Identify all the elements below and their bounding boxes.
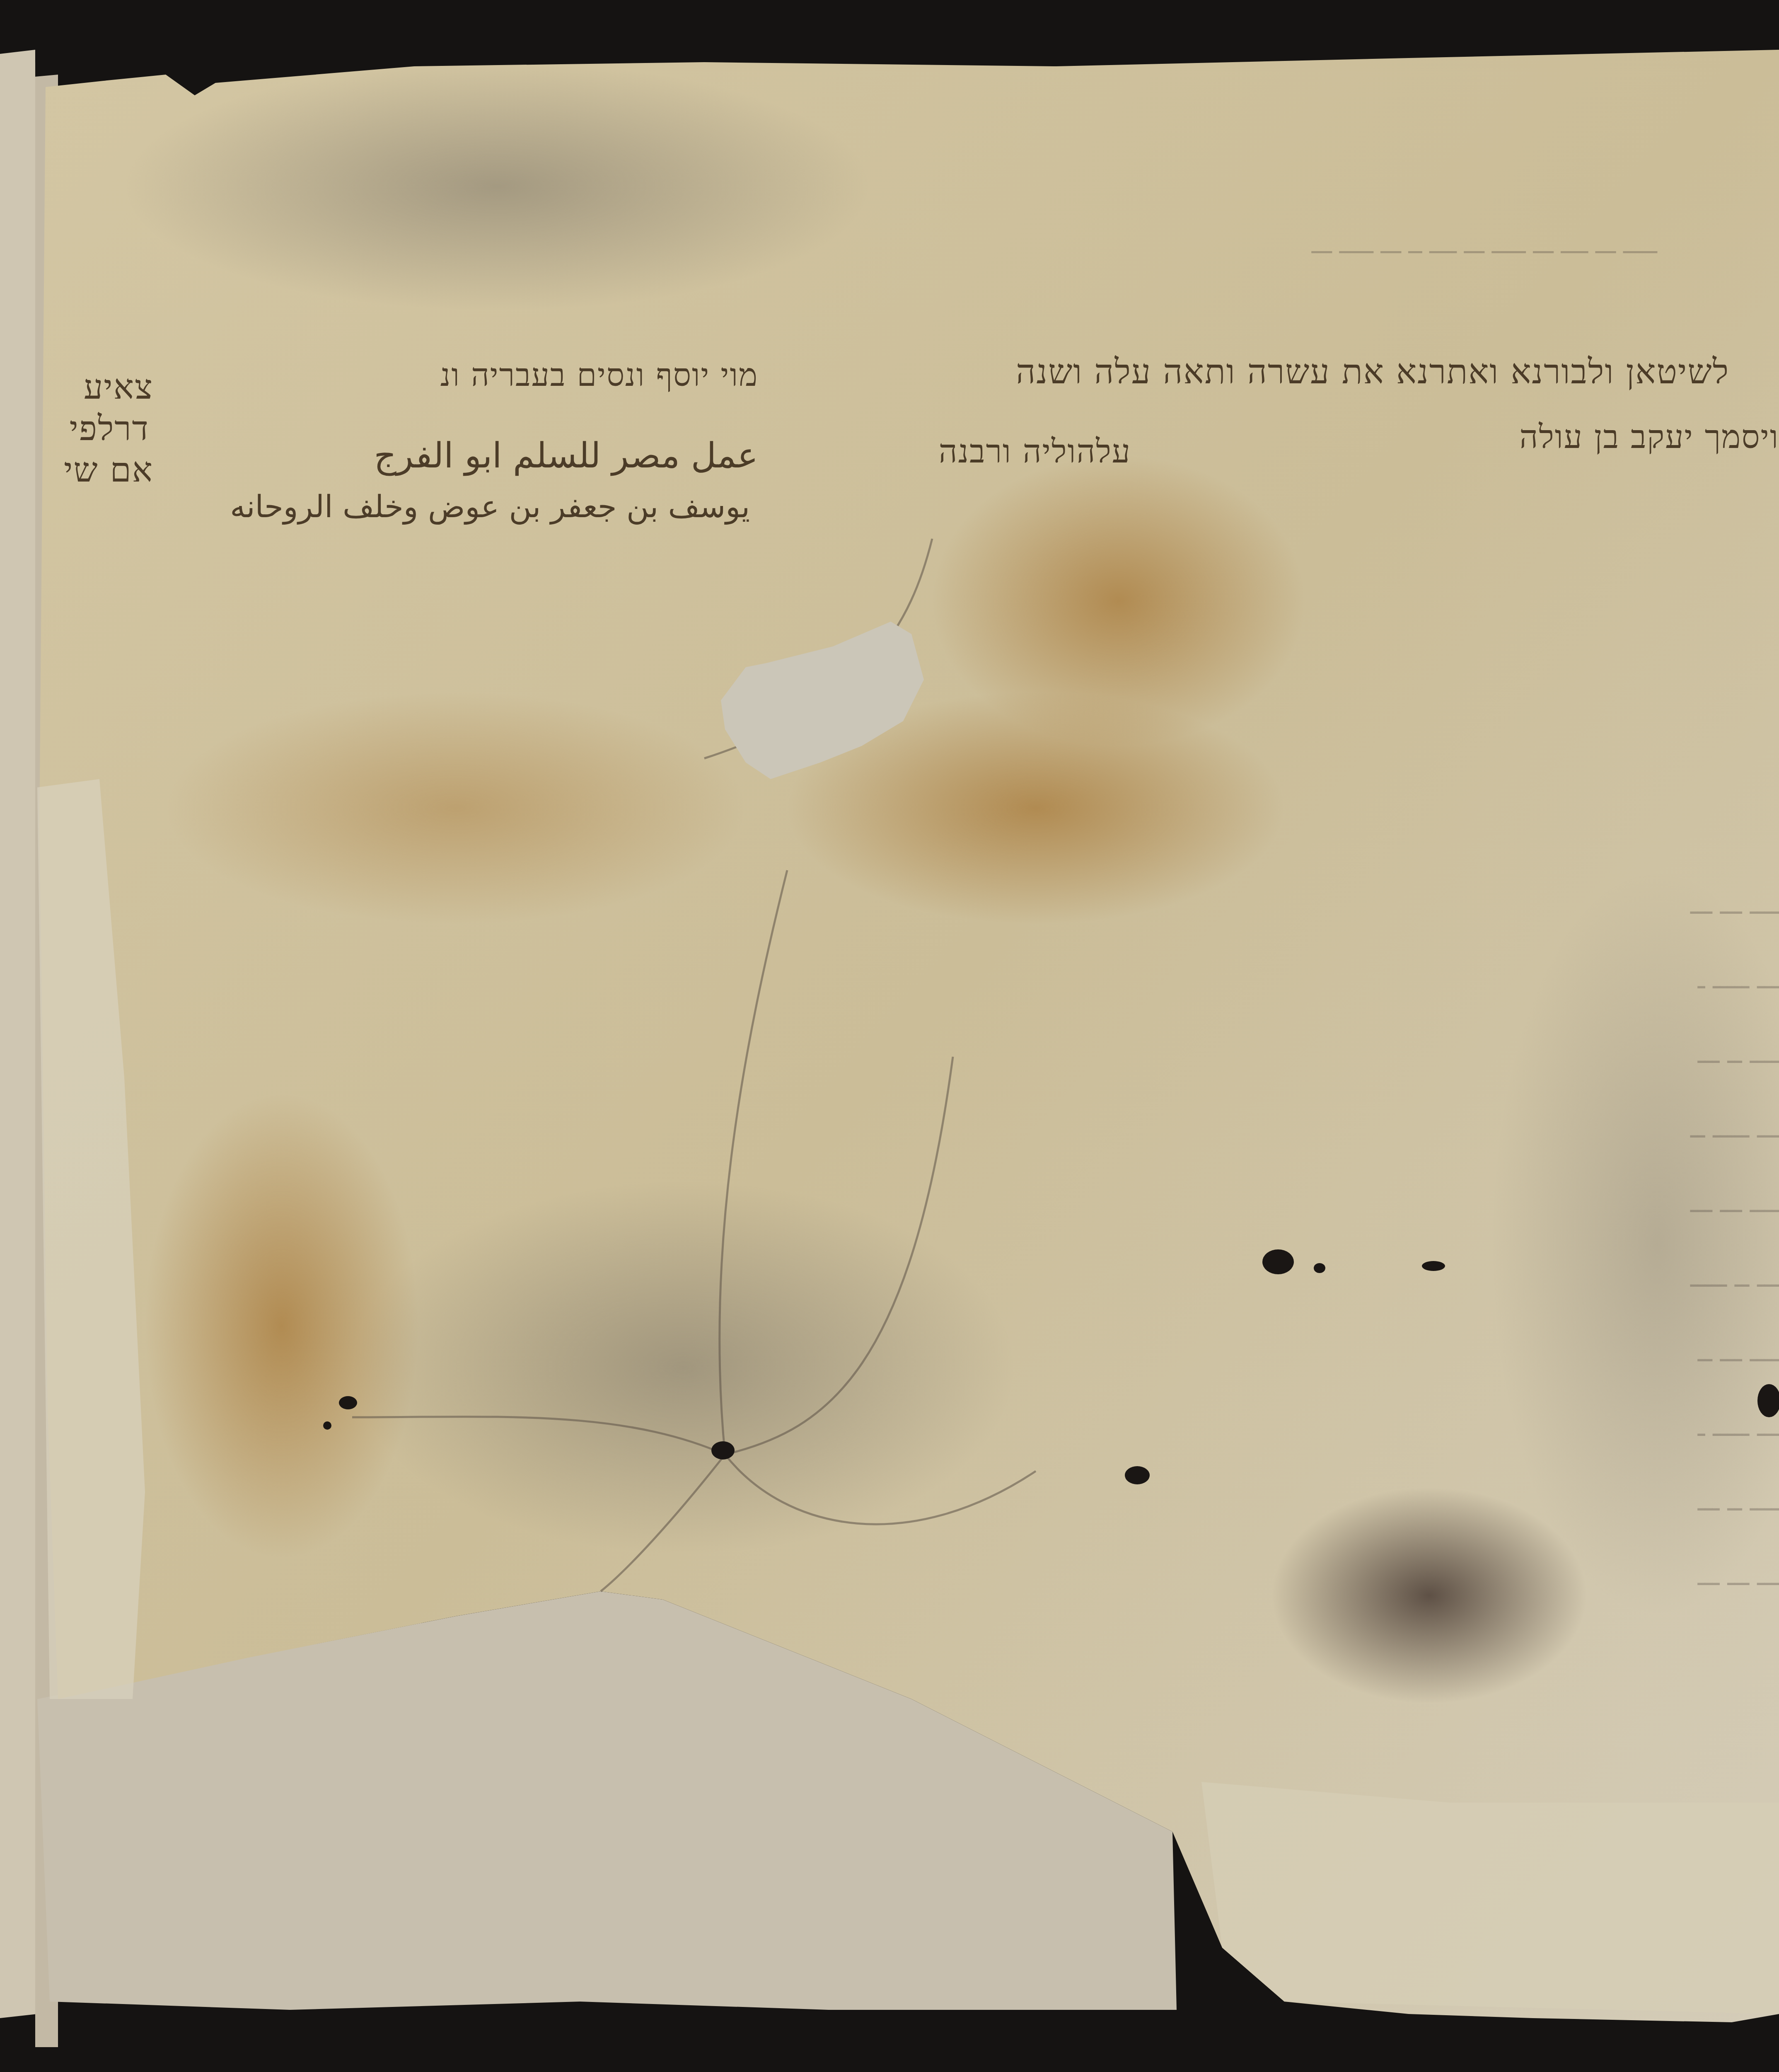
right-block-line-1: לשיטאן ולבורנא ואתרנא את עשרה ותאה עלה ו… bbox=[839, 352, 1729, 392]
left-margin-line-3: אם שי bbox=[46, 443, 153, 497]
upper-faint-text: ـــــ ـــ ــــ ـــ ـــــ ـــ ــــ ــ ـــ… bbox=[249, 232, 1657, 315]
right-block-line-2: ויסמך יעקב בן עולה bbox=[1373, 419, 1779, 456]
center-block-line-3: يوسف بن جعفر بن عوض وخلف الروحانه bbox=[104, 489, 750, 525]
stain-dark-lower-right bbox=[1272, 1488, 1587, 1703]
lower-right-skin-area bbox=[1201, 1782, 1779, 2014]
left-paper-strip bbox=[0, 50, 37, 2018]
stain-lower-center-grey bbox=[352, 1181, 1015, 1554]
center-block-line-1: מוי יוסף ונסים בעבריה ונ bbox=[290, 356, 758, 394]
stain-center-left bbox=[166, 692, 746, 924]
center-block-line-2: عمل مصر للسلم ابو الفرج bbox=[340, 435, 758, 476]
right-block-line-2b: עלהוליה ורבנה bbox=[820, 433, 1131, 470]
right-edge-faint-text: ــــ ـــ ـــ ـــ ـــــ ـ ــــ ــ ـــ ـــ… bbox=[1607, 891, 1779, 1678]
